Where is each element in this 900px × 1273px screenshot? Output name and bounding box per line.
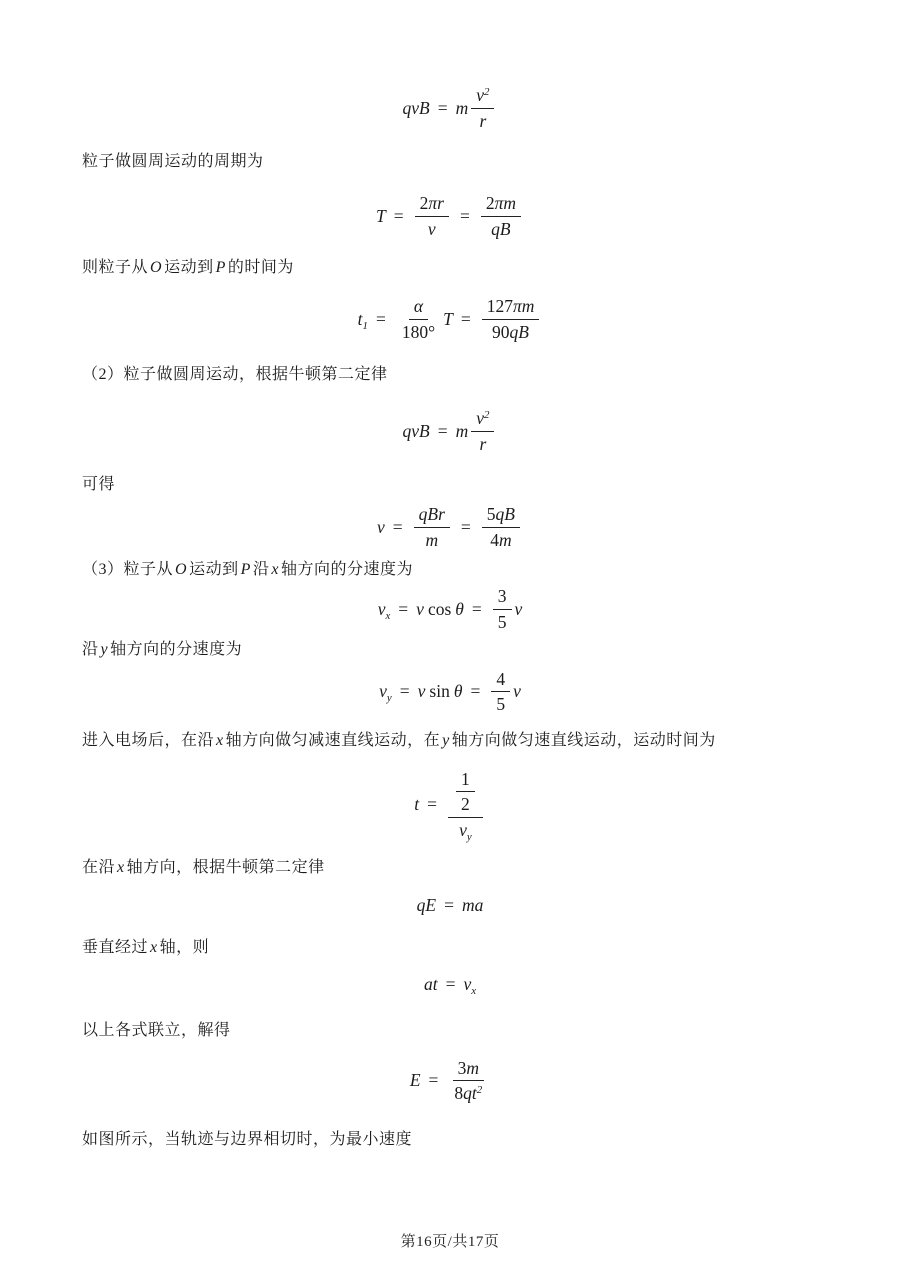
math-run: y: [440, 732, 452, 749]
math-run: O: [173, 561, 189, 578]
para-vy-intro: 沿y轴方向的分速度为: [82, 639, 818, 661]
fraction-denominator: 180°: [397, 320, 440, 344]
math-run: t1: [358, 309, 368, 330]
superscript: 2: [477, 1084, 482, 1096]
subscript: 1: [363, 320, 368, 332]
math-run: =: [470, 681, 480, 702]
math-run: x: [214, 732, 226, 749]
text-run: 的时间为: [228, 259, 294, 276]
math-run: =: [444, 895, 454, 916]
para-part2-intro: （2）粒子做圆周运动，根据牛顿第二定律: [82, 364, 818, 386]
formula-lorentz-newton-1: qvB=mv2r: [82, 84, 818, 133]
text-run: 进入电场后，在沿: [82, 732, 214, 749]
math-run: =: [398, 599, 408, 620]
para-newton-x-axis: 在沿x轴方向，根据牛顿第二定律: [82, 857, 818, 879]
math-run: v2: [476, 84, 489, 107]
formula-vx: vx=vcosθ=35v: [82, 585, 818, 634]
math-run: m: [466, 1057, 479, 1080]
text-run: 如图所示，当轨迹与边界相切时，为最小速度: [82, 1131, 412, 1148]
text-run: 可得: [82, 476, 115, 493]
para-part3-intro: （3）粒子从O运动到P沿x轴方向的分速度为: [82, 559, 818, 581]
fraction-denominator: 4m: [485, 528, 516, 552]
fraction-denominator: 2: [456, 792, 475, 816]
math-run: 4: [490, 529, 499, 552]
math-run: =: [438, 98, 448, 119]
math-run: =: [427, 794, 437, 815]
para-period-intro: 粒子做圆周运动的周期为: [82, 151, 818, 173]
math-run: qB: [496, 503, 515, 526]
math-run: =: [429, 1070, 439, 1091]
math-run: O: [148, 259, 164, 276]
fraction-numerator: 1: [456, 768, 475, 793]
fraction: qBrm: [414, 503, 450, 552]
math-run: 5: [487, 503, 496, 526]
math-run: 1: [461, 768, 470, 791]
fraction: 45: [491, 668, 510, 717]
text-run: 轴方向，根据牛顿第二定律: [127, 859, 325, 876]
math-run: x: [269, 561, 281, 578]
fraction: v2r: [471, 84, 494, 133]
text-run: 轴方向做匀减速直线运动，在: [226, 732, 441, 749]
math-run: m: [499, 529, 512, 552]
formula-time-t1: t1=α180°T=127πm90qB: [82, 295, 818, 344]
fraction-denominator: 5: [491, 692, 510, 716]
fraction-numerator: α: [409, 295, 428, 320]
math-run: πm: [513, 295, 534, 318]
math-run: P: [214, 259, 228, 276]
math-run: =: [400, 681, 410, 702]
text-run: 沿: [82, 641, 99, 658]
fraction-denominator: vy: [454, 818, 477, 842]
text-run: （3）粒子从: [82, 561, 173, 578]
text-run: 轴方向的分速度为: [281, 561, 413, 578]
fraction-numerator: qBr: [414, 503, 450, 528]
text-run: 以上各式联立，解得: [82, 1022, 231, 1039]
para-min-speed: 如图所示，当轨迹与边界相切时，为最小速度: [82, 1129, 818, 1151]
subscript: y: [467, 831, 472, 843]
text-run: 粒子做圆周运动的周期为: [82, 153, 264, 170]
math-run: =: [394, 206, 404, 227]
math-run: πm: [495, 192, 516, 215]
fraction-numerator: 4: [491, 668, 510, 693]
math-run: m: [456, 421, 469, 442]
math-run: πr: [428, 192, 444, 215]
para-perpendicular-x: 垂直经过x轴，则: [82, 937, 818, 959]
fraction-denominator: v: [423, 217, 441, 241]
math-run: =: [461, 517, 471, 538]
math-run: y: [99, 641, 111, 658]
math-run: 2: [461, 793, 470, 816]
fraction-numerator: v2: [471, 407, 494, 432]
math-run: x: [148, 939, 160, 956]
formula-lorentz-newton-2: qvB=mv2r: [82, 407, 818, 456]
fraction-numerator: 12: [448, 768, 483, 819]
formula-at-vx: at=vx: [82, 974, 818, 995]
math-run: qvB: [403, 98, 430, 119]
math-run: 8: [454, 1082, 463, 1105]
text-run: 沿: [253, 561, 270, 578]
document-page: qvB=mv2r 粒子做圆周运动的周期为 T=2πrv=2πmqB 则粒子从O运…: [0, 0, 900, 1273]
para-combine-solve: 以上各式联立，解得: [82, 1020, 818, 1042]
fraction-numerator: 5qB: [482, 503, 520, 528]
math-run: v: [513, 681, 521, 702]
fraction: 35: [493, 585, 512, 634]
math-run: vy: [379, 681, 392, 702]
fraction-denominator: qB: [486, 217, 515, 241]
para-electric-field-motion: 进入电场后，在沿x轴方向做匀减速直线运动，在y轴方向做匀速直线运动，运动时间为: [82, 730, 818, 752]
text-run: 在沿: [82, 859, 115, 876]
text-run: 轴方向的分速度为: [110, 641, 242, 658]
math-run: =: [446, 974, 456, 995]
math-run: T: [376, 206, 386, 227]
para-time-O-to-P: 则粒子从O运动到P的时间为: [82, 257, 818, 279]
para-thus: 可得: [82, 474, 818, 496]
math-run: θ: [454, 681, 463, 702]
math-run: qB: [491, 218, 510, 241]
math-run: 5: [498, 611, 507, 634]
math-run: cos: [428, 599, 451, 620]
fraction-denominator: r: [474, 432, 491, 456]
formula-vy: vy=vsinθ=45v: [82, 668, 818, 717]
math-run: qE: [417, 895, 436, 916]
math-run: vx: [378, 599, 391, 620]
subscript: x: [471, 985, 476, 997]
fraction-denominator: r: [474, 109, 491, 133]
text-run: 运动到: [189, 561, 239, 578]
fraction-numerator: 3m: [453, 1057, 484, 1082]
math-run: 127: [487, 295, 513, 318]
fraction: 3m8qt2: [449, 1057, 487, 1106]
math-run: 2: [486, 192, 495, 215]
math-run: 90: [492, 321, 510, 344]
formula-period: T=2πrv=2πmqB: [82, 192, 818, 241]
superscript: 2: [484, 86, 489, 98]
fraction-numerator: 2πr: [415, 192, 449, 217]
superscript: 2: [484, 409, 489, 421]
fraction: α180°: [397, 295, 440, 344]
math-run: α: [414, 295, 423, 318]
math-run: =: [438, 421, 448, 442]
math-run: v: [428, 218, 436, 241]
math-run: r: [479, 110, 486, 133]
subscript: y: [387, 692, 392, 704]
math-run: 180°: [402, 321, 435, 344]
formula-time-t: t=12vy: [82, 768, 818, 842]
text-run: 运动到: [164, 259, 214, 276]
fraction: 2πmqB: [481, 192, 521, 241]
fraction-denominator: m: [420, 528, 443, 552]
fraction: 2πrv: [415, 192, 449, 241]
math-run: =: [472, 599, 482, 620]
math-run: vx: [463, 974, 476, 995]
math-run: T: [443, 309, 453, 330]
fraction-denominator: 8qt2: [449, 1081, 487, 1105]
text-run: 则粒子从: [82, 259, 148, 276]
fraction: v2r: [471, 407, 494, 456]
math-run: 2: [420, 192, 429, 215]
math-run: 4: [496, 668, 505, 691]
math-run: v: [515, 599, 523, 620]
fraction: 127πm90qB: [482, 295, 540, 344]
fraction-denominator: 5: [493, 610, 512, 634]
fraction-denominator: 90qB: [487, 320, 534, 344]
math-run: v: [418, 681, 426, 702]
math-run: qB: [510, 321, 529, 344]
math-run: m: [425, 529, 438, 552]
math-run: v: [416, 599, 424, 620]
math-run: x: [115, 859, 127, 876]
fraction-numerator: v2: [471, 84, 494, 109]
fraction: 5qB4m: [482, 503, 520, 552]
math-run: 3: [498, 585, 507, 608]
text-run: 轴方向做匀速直线运动，运动时间为: [452, 732, 716, 749]
math-run: at: [424, 974, 438, 995]
fraction-numerator: 2πm: [481, 192, 521, 217]
math-run: v2: [476, 407, 489, 430]
math-run: v: [377, 517, 385, 538]
math-run: ma: [462, 895, 483, 916]
formula-velocity: v=qBrm=5qB4m: [82, 503, 818, 552]
math-run: =: [376, 309, 386, 330]
subscript: x: [385, 610, 390, 622]
math-run: =: [461, 309, 471, 330]
math-run: sin: [429, 681, 449, 702]
math-run: E: [410, 1070, 421, 1091]
math-run: qBr: [419, 503, 445, 526]
math-run: =: [460, 206, 470, 227]
math-run: P: [239, 561, 253, 578]
fraction-numerator: 3: [493, 585, 512, 610]
fraction: 12: [456, 768, 475, 817]
text-run: （2）粒子做圆周运动，根据牛顿第二定律: [82, 366, 388, 383]
math-run: 5: [496, 693, 505, 716]
math-run: t: [414, 794, 419, 815]
math-run: qt2: [463, 1082, 482, 1105]
math-run: =: [393, 517, 403, 538]
math-run: qvB: [403, 421, 430, 442]
formula-E-field: E=3m8qt2: [82, 1057, 818, 1106]
math-run: vy: [459, 819, 472, 842]
text-run: 垂直经过: [82, 939, 148, 956]
fraction: 12vy: [448, 768, 483, 842]
math-run: r: [479, 433, 486, 456]
math-run: 3: [458, 1057, 467, 1080]
formula-qE-ma: qE=ma: [82, 895, 818, 916]
page-footer: 第16页/共17页: [82, 1230, 818, 1273]
math-run: m: [456, 98, 469, 119]
text-run: 轴，则: [160, 939, 210, 956]
math-run: θ: [455, 599, 464, 620]
fraction-numerator: 127πm: [482, 295, 540, 320]
page-number: 第16页/共17页: [401, 1234, 500, 1250]
